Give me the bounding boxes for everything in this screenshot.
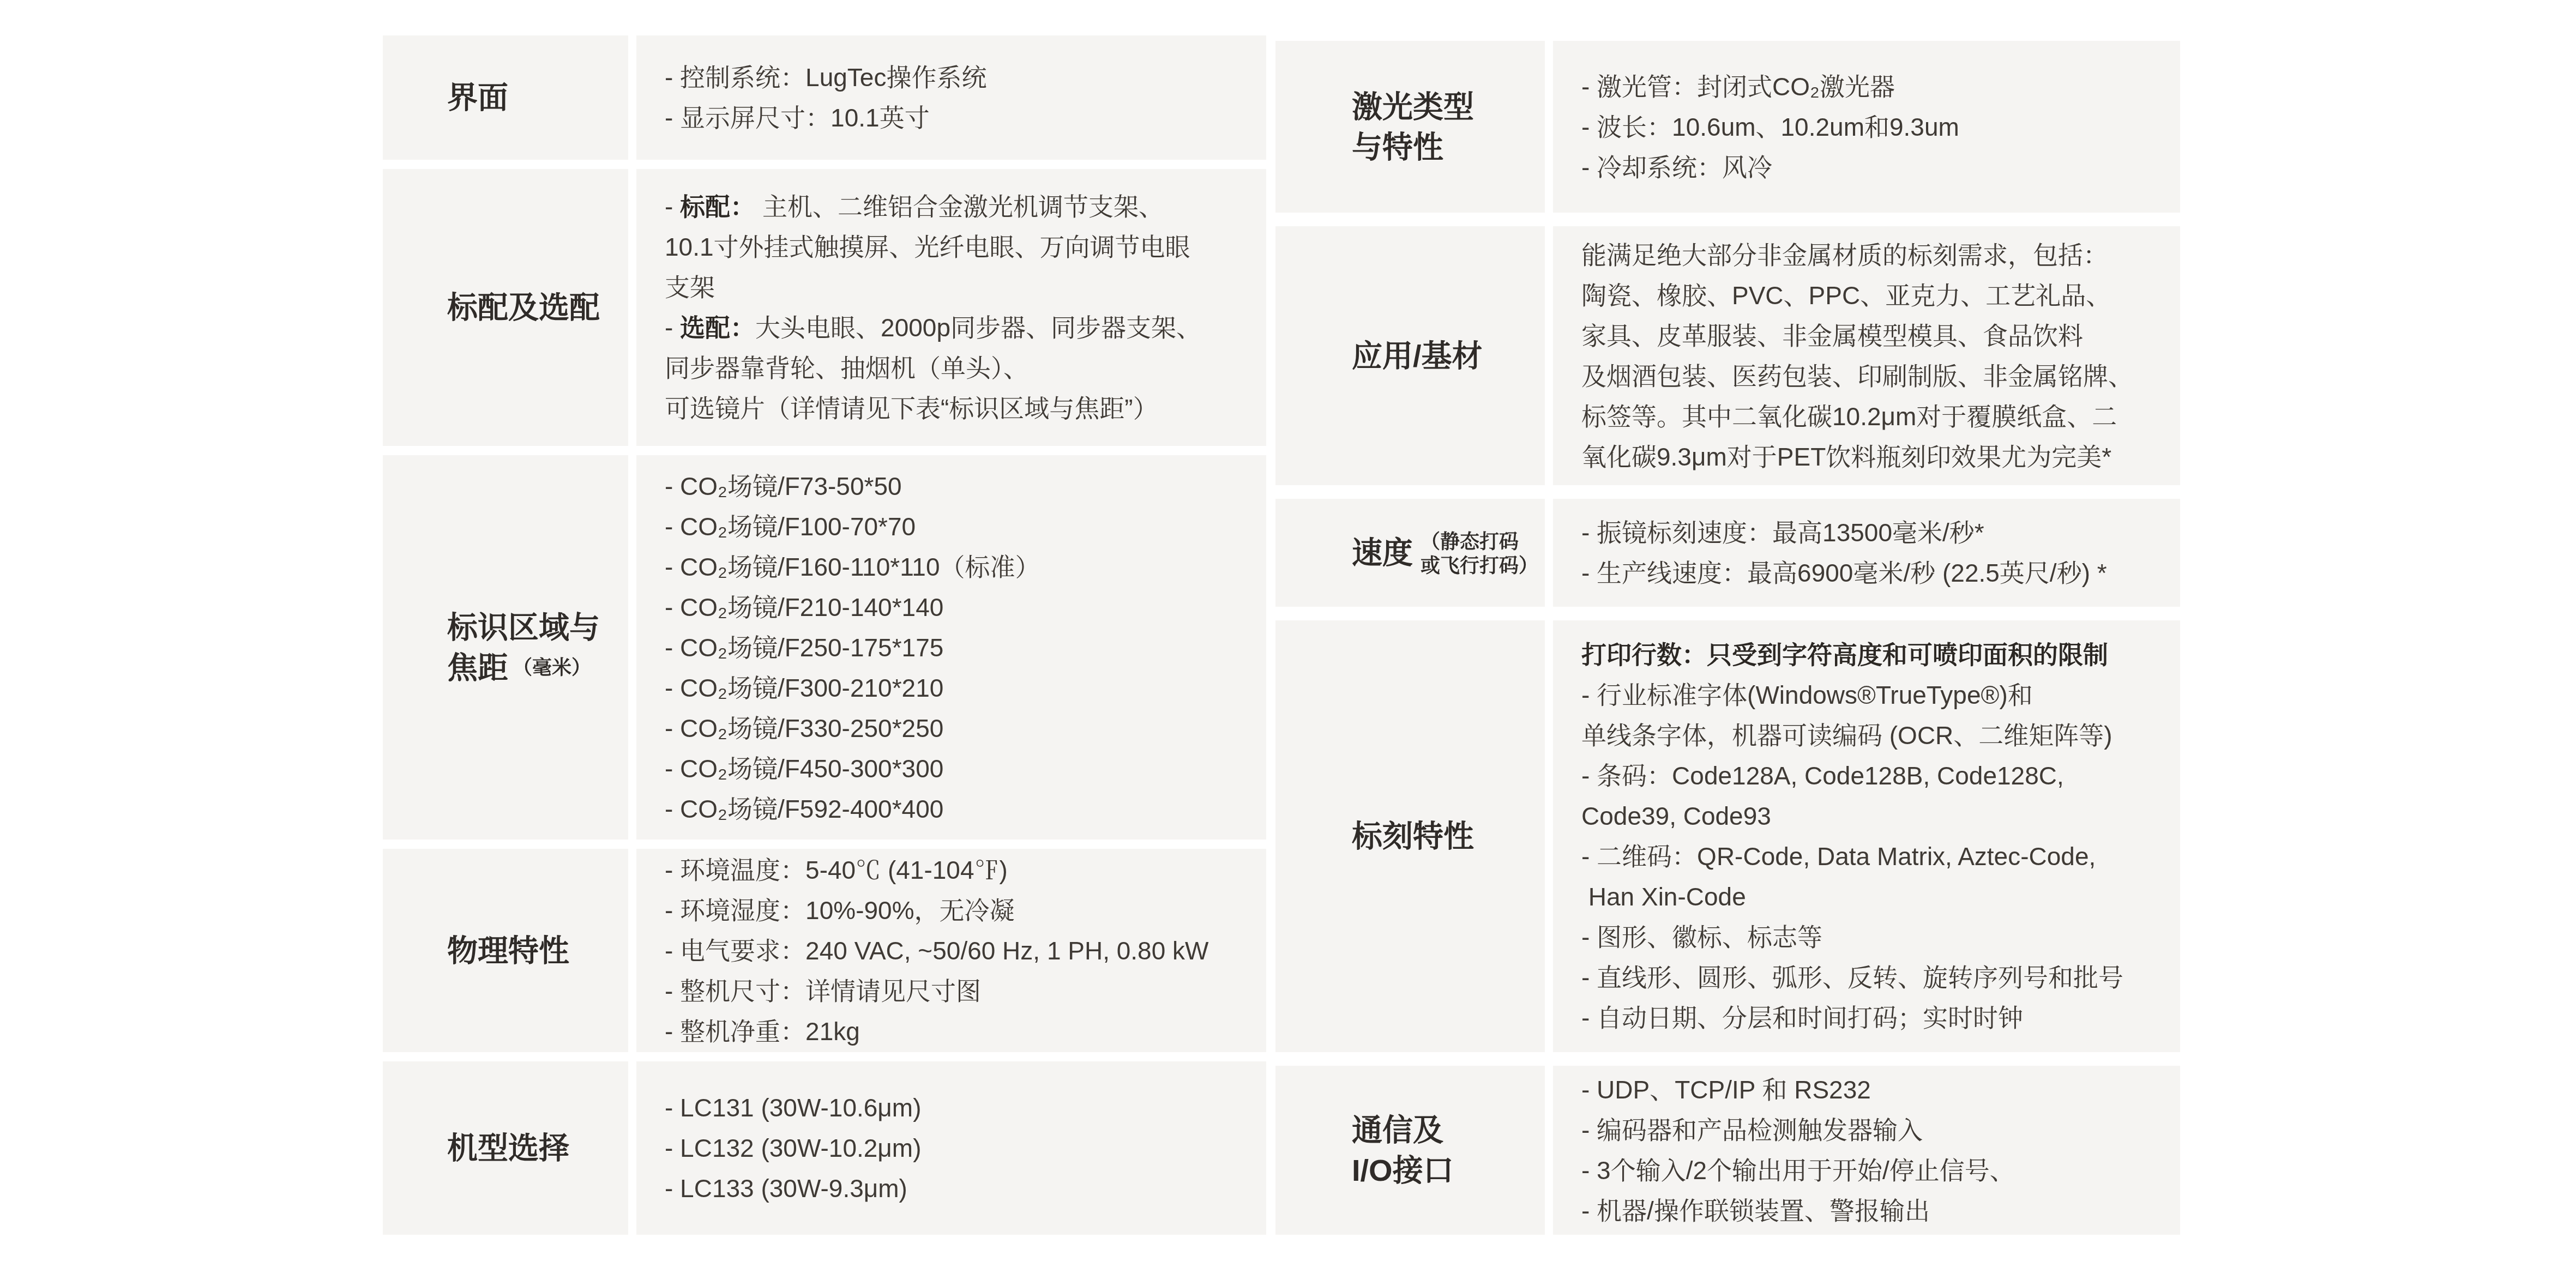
spec-label-cell: 机型选择 [383, 1061, 628, 1235]
spec-line: 10.1寸外挂式触摸屏、光纤电眼、万向调节电眼 [665, 227, 1266, 267]
spec-line-text: 电气要求：240 VAC, ~50/60 Hz, 1 PH, 0.80 kW [680, 937, 1208, 965]
spec-line-bold-text: 标配： [680, 192, 755, 221]
spec-line-text: CO₂场镜/F210-140*140 [680, 593, 943, 621]
spec-line-text: LC132 (30W-10.2μm) [680, 1134, 921, 1162]
spec-line-dash: - [665, 856, 680, 884]
spec-line-text: CO₂场镜/F73-50*50 [680, 472, 901, 500]
spec-line-dash: - [665, 1094, 680, 1122]
spec-line: Han Xin-Code [1581, 877, 2180, 917]
spec-content-cell: 打印行数：只受到字符高度和可喷印面积的限制- 行业标准字体(Windows®Tr… [1553, 620, 2180, 1052]
spec-line-text: CO₂场镜/F330-250*250 [680, 714, 943, 742]
spec-line-text: 控制系统：LugTec操作系统 [680, 63, 986, 92]
row-label-unit: （毫米） [513, 648, 591, 688]
spec-line-dash: - [665, 937, 680, 965]
spec-line-dash: - [1581, 113, 1597, 141]
spec-line: - 环境湿度：10%-90%，无冷凝 [665, 890, 1266, 931]
spec-line-text: 3个输入/2个输出用于开始/停止信号、 [1597, 1156, 2015, 1185]
spec-row: 标识区域与焦距（毫米）- CO₂场镜/F73-50*50- CO₂场镜/F100… [383, 455, 1266, 840]
spec-line-text: LC131 (30W-10.6μm) [680, 1094, 921, 1122]
spec-line: Code39, Code93 [1581, 796, 2180, 836]
spec-line: - 行业标准字体(Windows®TrueType®)和 [1581, 675, 2180, 715]
spec-content-cell: 能满足绝大部分非金属材质的标刻需求，包括：陶瓷、橡胶、PVC、PPC、亚克力、工… [1553, 226, 2180, 485]
row-label: 通信及 [1352, 1110, 1545, 1150]
row-label-annotation-line: （静态打码 [1421, 530, 1538, 554]
spec-line-text: Han Xin-Code [1581, 883, 1746, 911]
spec-line: 同步器靠背轮、抽烟机（单头）、 [665, 348, 1266, 388]
row-label-text: 与特性 [1352, 127, 1443, 167]
spec-content-cell: - 振镜标刻速度：最高13500毫米/秒*- 生产线速度：最高6900毫米/秒 … [1553, 499, 2180, 607]
spec-label-cell: 速度（静态打码或飞行打码） [1275, 499, 1545, 607]
spec-line-text: CO₂场镜/F100-70*70 [680, 512, 916, 541]
row-label-text: 激光类型 [1352, 87, 1474, 127]
spec-line-text: 环境温度：5-40℃ (41-104℉) [680, 856, 1008, 884]
spec-line: - 冷却系统：风冷 [1581, 147, 2180, 188]
row-label: 应用/基材 [1352, 336, 1545, 376]
spec-line-text: 行业标准字体(Windows®TrueType®)和 [1597, 681, 2033, 709]
row-label-text: 通信及 [1352, 1110, 1443, 1150]
spec-line-text: CO₂场镜/F250-175*175 [680, 633, 943, 662]
spec-line-dash: - [665, 593, 680, 621]
spec-line-dash: - [1581, 153, 1597, 182]
spec-line-dash: - [665, 472, 680, 500]
spec-line: - 选配：大头电眼、2000p同步器、同步器支架、 [665, 307, 1266, 348]
spec-line: - 整机净重：21kg [665, 1011, 1266, 1052]
spec-row: 应用/基材能满足绝大部分非金属材质的标刻需求，包括：陶瓷、橡胶、PVC、PPC、… [1275, 226, 2180, 485]
row-label: 速度（静态打码或飞行打码） [1352, 529, 1545, 577]
spec-line-text: CO₂场镜/F160-110*110（标准） [680, 553, 1040, 581]
spec-line: - 3个输入/2个输出用于开始/停止信号、 [1581, 1150, 2180, 1191]
spec-line-dash: - [665, 313, 680, 342]
spec-line-text: 整机净重：21kg [680, 1017, 860, 1046]
spec-line: 及烟酒包装、医药包装、印刷制版、非金属铭牌、 [1581, 356, 2180, 396]
spec-line-bold-text: 选配： [680, 313, 755, 342]
spec-line-dash: - [1581, 681, 1597, 709]
row-label-text: 标刻特性 [1352, 816, 1474, 856]
spec-line-text: 图形、徽标、标志等 [1597, 923, 1822, 951]
spec-line: 支架 [665, 267, 1266, 307]
spec-line-text: 环境湿度：10%-90%，无冷凝 [680, 896, 1014, 925]
spec-line-dash: - [665, 977, 680, 1005]
spec-line-text: 家具、皮革服装、非金属模型模具、食品饮料 [1581, 322, 2083, 350]
row-label-text: 界面 [447, 77, 508, 118]
spec-line: - LC133 (30W-9.3μm) [665, 1168, 1266, 1209]
spec-line-dash: - [1581, 73, 1597, 101]
spec-line-dash: - [665, 896, 680, 925]
row-label-annotation-line: 或飞行打码） [1421, 554, 1538, 578]
spec-line: - 电气要求：240 VAC, ~50/60 Hz, 1 PH, 0.80 kW [665, 931, 1266, 971]
spec-content-cell: - 激光管：封闭式CO₂激光器- 波长：10.6um、10.2um和9.3um-… [1553, 41, 2180, 213]
spec-line: - 机器/操作联锁装置、警报输出 [1581, 1191, 2180, 1231]
spec-line-text: 10.1寸外挂式触摸屏、光纤电眼、万向调节电眼 [665, 233, 1190, 261]
spec-line-text: 自动日期、分层和时间打码；实时时钟 [1597, 1004, 2023, 1032]
spec-row: 物理特性- 环境温度：5-40℃ (41-104℉)- 环境湿度：10%-90%… [383, 849, 1266, 1052]
spec-line-text: CO₂场镜/F300-210*210 [680, 674, 943, 702]
spec-line-dash: - [665, 714, 680, 742]
spec-line: - CO₂场镜/F592-400*400 [665, 789, 1266, 829]
spec-row: 机型选择- LC131 (30W-10.6μm)- LC132 (30W-10.… [383, 1061, 1266, 1235]
row-label-text: 标识区域与 [447, 607, 600, 648]
spec-content-cell: - UDP、TCP/IP 和 RS232- 编码器和产品检测触发器输入- 3个输… [1553, 1066, 2180, 1235]
spec-line: - CO₂场镜/F250-175*175 [665, 627, 1266, 668]
spec-line-dash: - [665, 553, 680, 581]
spec-line: - 控制系统：LugTec操作系统 [665, 57, 1266, 98]
spec-line-text: 直线形、圆形、弧形、反转、旋转序列号和批号 [1597, 963, 2123, 992]
spec-line-text: 生产线速度：最高6900毫米/秒 (22.5英尺/秒) * [1597, 559, 2107, 587]
spec-line: 可选镜片（详情请见下表“标识区域与焦距”） [665, 388, 1266, 428]
spec-line-text: 支架 [665, 273, 715, 301]
spec-line: 打印行数：只受到字符高度和可喷印面积的限制 [1581, 635, 2180, 675]
spec-line-text: 二维码：QR-Code, Data Matrix, Aztec-Code, [1597, 842, 2096, 871]
spec-line-text: 波长：10.6um、10.2um和9.3um [1597, 113, 1959, 141]
spec-line-dash: - [665, 63, 680, 92]
spec-line: - 环境温度：5-40℃ (41-104℉) [665, 850, 1266, 890]
spec-line-text: 可选镜片（详情请见下表“标识区域与焦距”） [665, 394, 1158, 422]
row-label: 物理特性 [447, 931, 628, 971]
spec-line-text: 编码器和产品检测触发器输入 [1597, 1116, 1923, 1144]
spec-row: 速度（静态打码或飞行打码）- 振镜标刻速度：最高13500毫米/秒*- 生产线速… [1275, 499, 2180, 607]
row-label: 界面 [447, 77, 628, 118]
spec-line-dash: - [665, 104, 680, 132]
row-label-text: 速度 [1352, 533, 1413, 573]
spec-line-dash: - [665, 192, 680, 221]
spec-line: - CO₂场镜/F450-300*300 [665, 748, 1266, 789]
row-label: 焦距（毫米） [447, 648, 628, 688]
spec-line: 陶瓷、橡胶、PVC、PPC、亚克力、工艺礼品、 [1581, 275, 2180, 316]
spec-line: - 整机尺寸：详情请见尺寸图 [665, 971, 1266, 1011]
spec-label-cell: 界面 [383, 35, 628, 160]
spec-label-cell: 标识区域与焦距（毫米） [383, 455, 628, 840]
spec-line-text: LC133 (30W-9.3μm) [680, 1174, 907, 1203]
row-label-text: 焦距 [447, 648, 508, 688]
spec-line: - 显示屏尺寸：10.1英寸 [665, 98, 1266, 138]
spec-line-dash: - [665, 674, 680, 702]
spec-line-dash: - [1581, 1076, 1597, 1104]
spec-label-cell: 应用/基材 [1275, 226, 1545, 485]
spec-line-dash: - [1581, 518, 1597, 547]
spec-row: 标配及选配- 标配： 主机、二维铝合金激光机调节支架、10.1寸外挂式触摸屏、光… [383, 169, 1266, 446]
spec-line-dash: - [665, 1134, 680, 1162]
row-label: 与特性 [1352, 127, 1545, 167]
spec-label-cell: 激光类型与特性 [1275, 41, 1545, 213]
row-label: 机型选择 [447, 1128, 628, 1168]
spec-line: - CO₂场镜/F330-250*250 [665, 708, 1266, 748]
spec-line-dash: - [665, 795, 680, 823]
spec-line-dash: - [665, 633, 680, 662]
spec-line-text: 标签等。其中二氧化碳10.2μm对于覆膜纸盒、二 [1581, 402, 2117, 431]
spec-line-text: Code39, Code93 [1581, 802, 1771, 830]
spec-line-text: 显示屏尺寸：10.1英寸 [680, 104, 930, 132]
spec-line-text: 及烟酒包装、医药包装、印刷制版、非金属铭牌、 [1581, 362, 2133, 390]
spec-table-right: 激光类型与特性- 激光管：封闭式CO₂激光器- 波长：10.6um、10.2um… [1275, 41, 2180, 1235]
spec-line: - 自动日期、分层和时间打码；实时时钟 [1581, 998, 2180, 1038]
spec-line: - 条码：Code128A, Code128B, Code128C, [1581, 756, 2180, 796]
spec-content-cell: - 环境温度：5-40℃ (41-104℉)- 环境湿度：10%-90%，无冷凝… [636, 849, 1266, 1052]
spec-line: - 图形、徽标、标志等 [1581, 917, 2180, 957]
spec-line-dash: - [1581, 1004, 1597, 1032]
spec-line: - CO₂场镜/F210-140*140 [665, 587, 1266, 627]
spec-line: - LC132 (30W-10.2μm) [665, 1128, 1266, 1168]
spec-line-text: 条码：Code128A, Code128B, Code128C, [1597, 762, 2064, 790]
row-label-text: 标配及选配 [447, 287, 600, 328]
row-label: I/O接口 [1352, 1150, 1545, 1191]
spec-line: 家具、皮革服装、非金属模型模具、食品饮料 [1581, 316, 2180, 356]
spec-content-cell: - 控制系统：LugTec操作系统- 显示屏尺寸：10.1英寸 [636, 35, 1266, 160]
spec-line-text: UDP、TCP/IP 和 RS232 [1597, 1076, 1871, 1104]
spec-line: - 直线形、圆形、弧形、反转、旋转序列号和批号 [1581, 957, 2180, 998]
spec-line-dash: - [1581, 1156, 1597, 1185]
spec-content-cell: - CO₂场镜/F73-50*50- CO₂场镜/F100-70*70- CO₂… [636, 455, 1266, 840]
spec-content-cell: - 标配： 主机、二维铝合金激光机调节支架、10.1寸外挂式触摸屏、光纤电眼、万… [636, 169, 1266, 446]
spec-row: 标刻特性打印行数：只受到字符高度和可喷印面积的限制- 行业标准字体(Window… [1275, 620, 2180, 1052]
spec-label-cell: 通信及I/O接口 [1275, 1066, 1545, 1235]
spec-line: - UDP、TCP/IP 和 RS232 [1581, 1070, 2180, 1110]
spec-line-text: CO₂场镜/F450-300*300 [680, 754, 943, 783]
row-label: 标刻特性 [1352, 816, 1545, 856]
spec-content-cell: - LC131 (30W-10.6μm)- LC132 (30W-10.2μm)… [636, 1061, 1266, 1235]
spec-line-dash: - [1581, 923, 1597, 951]
spec-line-text: 整机尺寸：详情请见尺寸图 [680, 977, 981, 1005]
spec-line-text: CO₂场镜/F592-400*400 [680, 795, 943, 823]
spec-line-dash: - [1581, 1197, 1597, 1225]
spec-label-cell: 物理特性 [383, 849, 628, 1052]
spec-label-cell: 标配及选配 [383, 169, 628, 446]
row-label: 标识区域与 [447, 607, 628, 648]
spec-line: - CO₂场镜/F100-70*70 [665, 506, 1266, 547]
spec-line-dash: - [1581, 963, 1597, 992]
spec-line: 标签等。其中二氧化碳10.2μm对于覆膜纸盒、二 [1581, 396, 2180, 437]
spec-line: - CO₂场镜/F73-50*50 [665, 466, 1266, 506]
spec-line-dash: - [665, 1174, 680, 1203]
spec-line-dash: - [665, 512, 680, 541]
spec-line-text: 氧化碳9.3μm对于PET饮料瓶刻印效果尤为完美* [1581, 443, 2111, 471]
row-label: 标配及选配 [447, 287, 628, 328]
spec-line: - 生产线速度：最高6900毫米/秒 (22.5英尺/秒) * [1581, 553, 2180, 593]
spec-line-text: 主机、二维铝合金激光机调节支架、 [755, 192, 1164, 221]
row-label-text: 物理特性 [447, 931, 569, 971]
spec-line: 氧化碳9.3μm对于PET饮料瓶刻印效果尤为完美* [1581, 437, 2180, 477]
spec-line-dash: - [1581, 842, 1597, 871]
spec-line-dash: - [665, 754, 680, 783]
spec-line-text: 冷却系统：风冷 [1597, 153, 1772, 182]
spec-line-text: 同步器靠背轮、抽烟机（单头）、 [665, 354, 1028, 382]
spec-line: - 激光管：封闭式CO₂激光器 [1581, 67, 2180, 107]
spec-line: - 振镜标刻速度：最高13500毫米/秒* [1581, 512, 2180, 553]
spec-line: - CO₂场镜/F300-210*210 [665, 668, 1266, 708]
row-label-text: I/O接口 [1352, 1150, 1454, 1191]
spec-line-bold-text: 打印行数：只受到字符高度和可喷印面积的限制 [1581, 641, 2108, 669]
row-label-text: 应用/基材 [1352, 336, 1483, 376]
spec-line-dash: - [1581, 559, 1597, 587]
spec-line-text: 大头电眼、2000p同步器、同步器支架、 [755, 313, 1201, 342]
spec-line-text: 陶瓷、橡胶、PVC、PPC、亚克力、工艺礼品、 [1581, 281, 2111, 310]
spec-table-left: 界面- 控制系统：LugTec操作系统- 显示屏尺寸：10.1英寸标配及选配- … [383, 35, 1266, 1235]
spec-line-dash: - [1581, 1116, 1597, 1144]
spec-row: 通信及I/O接口- UDP、TCP/IP 和 RS232- 编码器和产品检测触发… [1275, 1066, 2180, 1235]
row-label-annotation: （静态打码或飞行打码） [1421, 530, 1538, 578]
row-label-text: 机型选择 [447, 1128, 569, 1168]
spec-line-text: 能满足绝大部分非金属材质的标刻需求，包括： [1581, 241, 2108, 269]
spec-line: - 标配： 主机、二维铝合金激光机调节支架、 [665, 186, 1266, 227]
spec-line-dash: - [665, 1017, 680, 1046]
spec-line-text: 单线条字体，机器可读编码 (OCR、二维矩阵等) [1581, 721, 2112, 750]
spec-line-text: 机器/操作联锁装置、警报输出 [1597, 1197, 1930, 1225]
spec-line: - CO₂场镜/F160-110*110（标准） [665, 547, 1266, 587]
spec-line-dash: - [1581, 762, 1597, 790]
spec-row: 激光类型与特性- 激光管：封闭式CO₂激光器- 波长：10.6um、10.2um… [1275, 41, 2180, 213]
spec-sheet-canvas: 界面- 控制系统：LugTec操作系统- 显示屏尺寸：10.1英寸标配及选配- … [0, 0, 2576, 1268]
spec-line: - LC131 (30W-10.6μm) [665, 1088, 1266, 1128]
spec-label-cell: 标刻特性 [1275, 620, 1545, 1052]
spec-line: - 波长：10.6um、10.2um和9.3um [1581, 107, 2180, 147]
spec-line-text: 振镜标刻速度：最高13500毫米/秒* [1597, 518, 1984, 547]
row-label: 激光类型 [1352, 87, 1545, 127]
spec-row: 界面- 控制系统：LugTec操作系统- 显示屏尺寸：10.1英寸 [383, 35, 1266, 160]
spec-line-text: 激光管：封闭式CO₂激光器 [1597, 73, 1895, 101]
spec-line: 单线条字体，机器可读编码 (OCR、二维矩阵等) [1581, 715, 2180, 756]
spec-line: - 编码器和产品检测触发器输入 [1581, 1110, 2180, 1150]
spec-line: 能满足绝大部分非金属材质的标刻需求，包括： [1581, 235, 2180, 275]
spec-line: - 二维码：QR-Code, Data Matrix, Aztec-Code, [1581, 836, 2180, 877]
